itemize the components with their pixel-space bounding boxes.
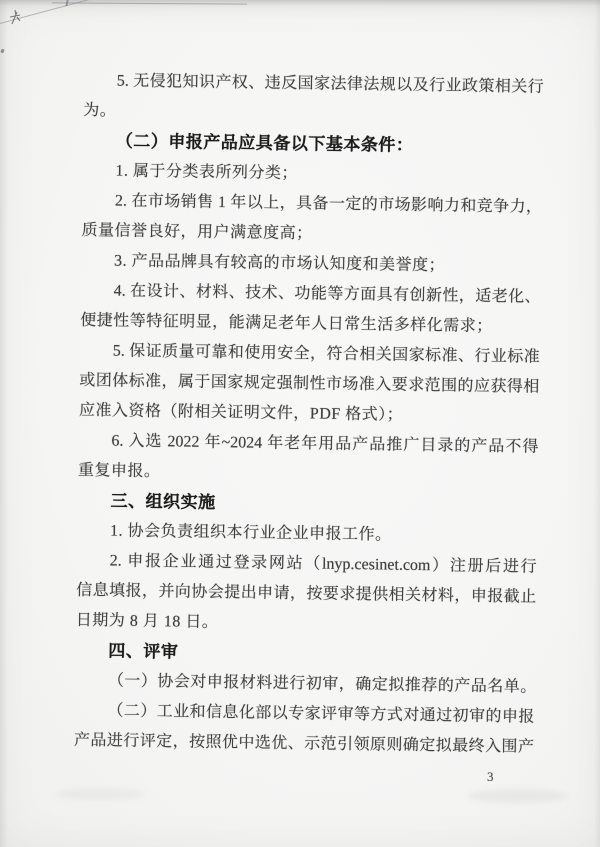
scan-smudge <box>468 789 568 803</box>
scan-smudge <box>55 788 145 800</box>
scanned-page: 5. 无侵犯知识产权、违反国家法律法规以及行业政策相关行 为。 （二）申报产品应… <box>0 0 600 847</box>
scan-ink-speck <box>8 8 24 28</box>
doc-line: 产品进行评定，按照优中选优、示范引领原则确定拟最终入围产 <box>74 726 534 763</box>
scan-edge-shadow-left <box>0 0 8 847</box>
document-text-block: 5. 无侵犯知识产权、违反国家法律法规以及行业政策相关行 为。 （二）申报产品应… <box>74 66 544 763</box>
scan-edge-shadow-right <box>594 0 600 847</box>
page-number: 3 <box>487 769 494 785</box>
